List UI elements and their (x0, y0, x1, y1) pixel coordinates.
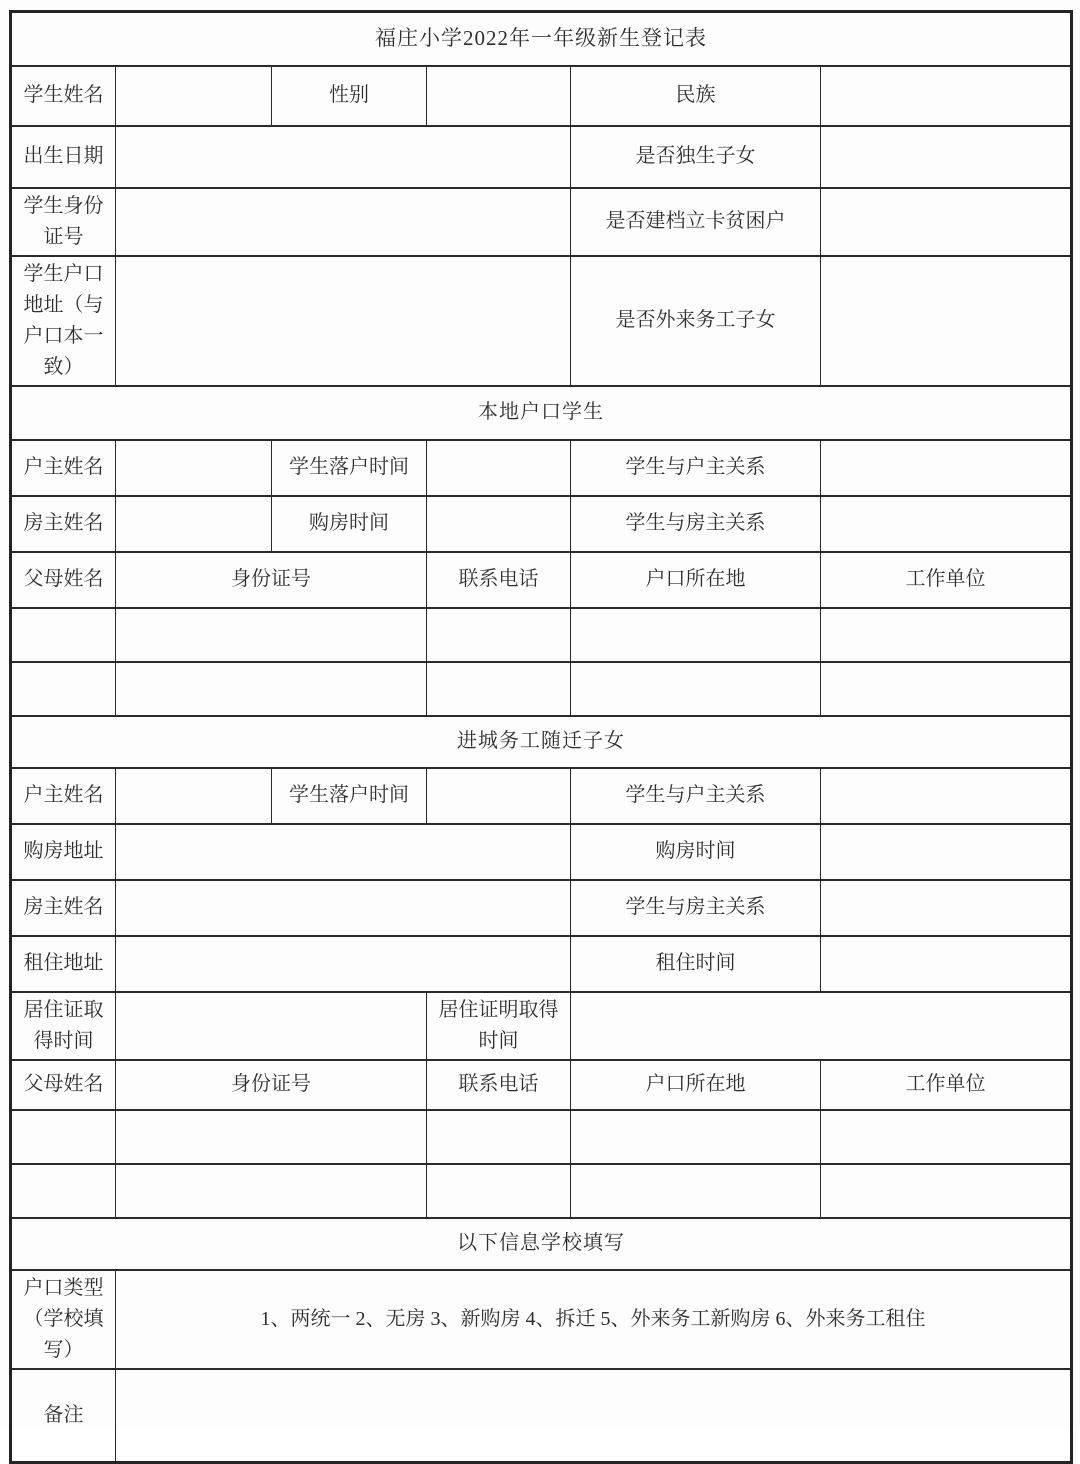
title-row: 福庄小学2022年一年级新生登记表 (11, 12, 1072, 66)
migrant-row-residence-permit: 居住证取得时间 居住证明取得时间 (11, 992, 1072, 1060)
local-owner-relation-label: 学生与房主关系 (571, 496, 821, 552)
migrant-owner-relation-value-cell (821, 880, 1072, 936)
local-parents-hukou-header: 户口所在地 (571, 552, 821, 608)
migrant-purchase-time-label: 购房时间 (571, 824, 821, 880)
migrant-settle-time-label: 学生落户时间 (272, 768, 427, 824)
migrant-parents-name-header: 父母姓名 (11, 1060, 116, 1110)
remarks-label: 备注 (11, 1369, 116, 1463)
migrant-householder-relation-value-cell (821, 768, 1072, 824)
row-remarks: 备注 (11, 1369, 1072, 1463)
migrant-settle-time-value-cell (427, 768, 571, 824)
local-owner-relation-value-cell (821, 496, 1072, 552)
residence-permit-time-value-cell (116, 992, 427, 1060)
parent-phone-cell (427, 1110, 571, 1164)
parent-name-cell (11, 1164, 116, 1218)
parent-hukou-cell (571, 608, 821, 662)
local-settle-time-label: 学生落户时间 (272, 440, 427, 496)
migrant-parents-header-row: 父母姓名 身份证号 联系电话 户口所在地 工作单位 (11, 1060, 1072, 1110)
local-settle-time-value-cell (427, 440, 571, 496)
migrant-worker-child-value-cell (821, 256, 1072, 386)
hukou-address-label: 学生户口地址（与户口本一致） (11, 256, 116, 386)
parent-work-cell (821, 608, 1072, 662)
school-section-header-row: 以下信息学校填写 (11, 1218, 1072, 1270)
residence-proof-time-value-cell (571, 992, 1072, 1060)
migrant-row-house-owner: 房主姓名 学生与房主关系 (11, 880, 1072, 936)
parent-id-cell (116, 662, 427, 716)
migrant-rent-address-label: 租住地址 (11, 936, 116, 992)
row-student-id: 学生身份证号 是否建档立卡贫困户 (11, 188, 1072, 256)
student-id-label: 学生身份证号 (11, 188, 116, 256)
local-parents-phone-header: 联系电话 (427, 552, 571, 608)
migrant-householder-relation-label: 学生与户主关系 (571, 768, 821, 824)
local-parent-row-2 (11, 662, 1072, 716)
local-parents-work-header: 工作单位 (821, 552, 1072, 608)
migrant-parents-work-header: 工作单位 (821, 1060, 1072, 1110)
parent-work-cell (821, 1110, 1072, 1164)
registration-form-table: 福庄小学2022年一年级新生登记表 学生姓名 性别 民族 出生日期 是否独生子女… (9, 10, 1073, 1464)
local-row-householder: 户主姓名 学生落户时间 学生与户主关系 (11, 440, 1072, 496)
residence-permit-time-label: 居住证取得时间 (11, 992, 116, 1060)
local-householder-relation-label: 学生与户主关系 (571, 440, 821, 496)
student-name-value-cell (116, 66, 272, 126)
hukou-type-label: 户口类型（学校填写） (11, 1270, 116, 1369)
registration-form-page: 福庄小学2022年一年级新生登记表 学生姓名 性别 民族 出生日期 是否独生子女… (0, 0, 1080, 1426)
migrant-section-header: 进城务工随迁子女 (11, 716, 1072, 768)
migrant-parents-id-header: 身份证号 (116, 1060, 427, 1110)
local-section-header-row: 本地户口学生 (11, 386, 1072, 440)
ethnicity-label: 民族 (571, 66, 821, 126)
row-student-name: 学生姓名 性别 民族 (11, 66, 1072, 126)
migrant-householder-name-label: 户主姓名 (11, 768, 116, 824)
local-section-header: 本地户口学生 (11, 386, 1072, 440)
parent-hukou-cell (571, 1164, 821, 1218)
local-householder-name-label: 户主姓名 (11, 440, 116, 496)
gender-label: 性别 (272, 66, 427, 126)
local-row-house-owner: 房主姓名 购房时间 学生与房主关系 (11, 496, 1072, 552)
migrant-parents-phone-header: 联系电话 (427, 1060, 571, 1110)
parent-name-cell (11, 1110, 116, 1164)
parent-name-cell (11, 608, 116, 662)
migrant-row-rent-address: 租住地址 租住时间 (11, 936, 1072, 992)
local-parents-header-row: 父母姓名 身份证号 联系电话 户口所在地 工作单位 (11, 552, 1072, 608)
migrant-purchase-address-label: 购房地址 (11, 824, 116, 880)
parent-name-cell (11, 662, 116, 716)
migrant-house-owner-label: 房主姓名 (11, 880, 116, 936)
birth-date-value-cell (116, 126, 571, 188)
parent-id-cell (116, 608, 427, 662)
row-hukou-address: 学生户口地址（与户口本一致） 是否外来务工子女 (11, 256, 1072, 386)
migrant-rent-time-value-cell (821, 936, 1072, 992)
local-purchase-time-value-cell (427, 496, 571, 552)
row-hukou-type: 户口类型（学校填写） 1、两统一 2、无房 3、新购房 4、拆迁 5、外来务工新… (11, 1270, 1072, 1369)
school-section-header: 以下信息学校填写 (11, 1218, 1072, 1270)
poverty-household-label: 是否建档立卡贫困户 (571, 188, 821, 256)
local-householder-relation-value-cell (821, 440, 1072, 496)
local-parent-row-1 (11, 608, 1072, 662)
local-purchase-time-label: 购房时间 (272, 496, 427, 552)
migrant-parents-hukou-header: 户口所在地 (571, 1060, 821, 1110)
local-householder-name-value-cell (116, 440, 272, 496)
parent-work-cell (821, 662, 1072, 716)
only-child-value-cell (821, 126, 1072, 188)
local-parents-name-header: 父母姓名 (11, 552, 116, 608)
migrant-parent-row-1 (11, 1110, 1072, 1164)
parent-hukou-cell (571, 1110, 821, 1164)
migrant-purchase-time-value-cell (821, 824, 1072, 880)
row-birth-date: 出生日期 是否独生子女 (11, 126, 1072, 188)
local-house-owner-label: 房主姓名 (11, 496, 116, 552)
gender-value-cell (427, 66, 571, 126)
migrant-section-header-row: 进城务工随迁子女 (11, 716, 1072, 768)
migrant-worker-child-label: 是否外来务工子女 (571, 256, 821, 386)
birth-date-label: 出生日期 (11, 126, 116, 188)
migrant-row-householder: 户主姓名 学生落户时间 学生与户主关系 (11, 768, 1072, 824)
poverty-household-value-cell (821, 188, 1072, 256)
parent-id-cell (116, 1164, 427, 1218)
local-parents-id-header: 身份证号 (116, 552, 427, 608)
migrant-rent-time-label: 租住时间 (571, 936, 821, 992)
ethnicity-value-cell (821, 66, 1072, 126)
student-id-value-cell (116, 188, 571, 256)
migrant-house-owner-value-cell (116, 880, 571, 936)
local-house-owner-value-cell (116, 496, 272, 552)
parent-phone-cell (427, 1164, 571, 1218)
migrant-rent-address-value-cell (116, 936, 571, 992)
parent-phone-cell (427, 608, 571, 662)
hukou-type-options: 1、两统一 2、无房 3、新购房 4、拆迁 5、外来务工新购房 6、外来务工租住 (116, 1270, 1072, 1369)
parent-work-cell (821, 1164, 1072, 1218)
hukou-address-value-cell (116, 256, 571, 386)
migrant-row-purchase-address: 购房地址 购房时间 (11, 824, 1072, 880)
parent-id-cell (116, 1110, 427, 1164)
residence-proof-time-label: 居住证明取得时间 (427, 992, 571, 1060)
parent-hukou-cell (571, 662, 821, 716)
migrant-owner-relation-label: 学生与房主关系 (571, 880, 821, 936)
form-title: 福庄小学2022年一年级新生登记表 (11, 12, 1072, 66)
only-child-label: 是否独生子女 (571, 126, 821, 188)
parent-phone-cell (427, 662, 571, 716)
student-name-label: 学生姓名 (11, 66, 116, 126)
migrant-purchase-address-value-cell (116, 824, 571, 880)
remarks-value-cell (116, 1369, 1072, 1463)
migrant-householder-name-value-cell (116, 768, 272, 824)
migrant-parent-row-2 (11, 1164, 1072, 1218)
